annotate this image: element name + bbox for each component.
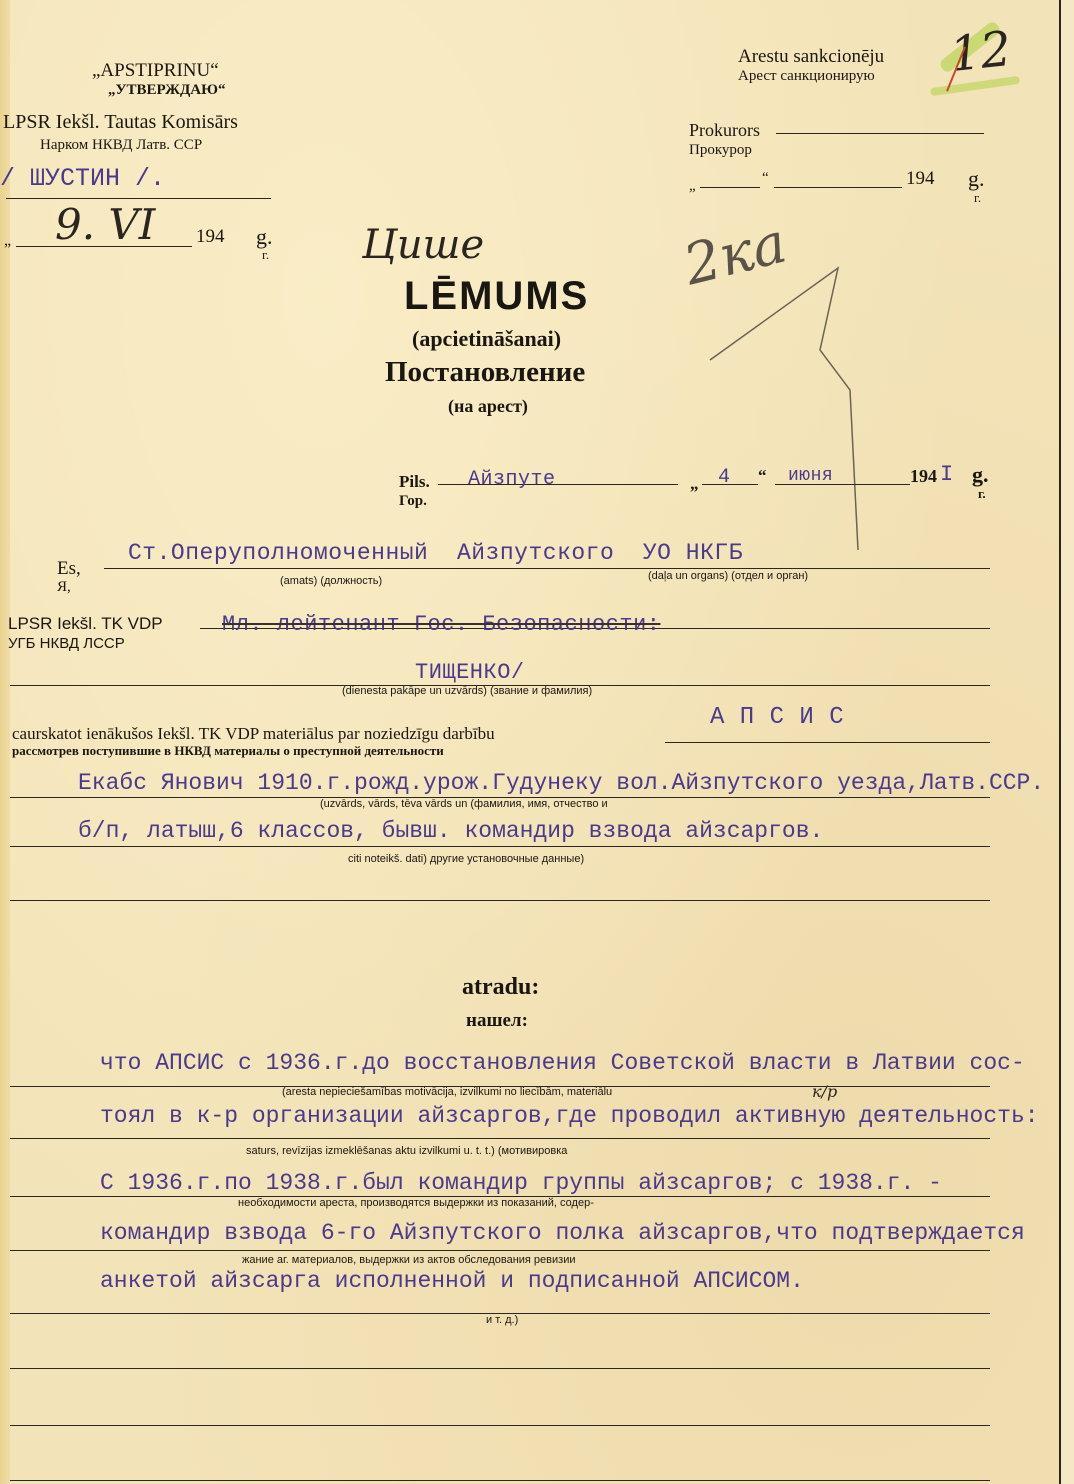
sanction-year-suffix-ru: г. (974, 190, 981, 206)
findings-title-ru: нашел: (466, 1010, 528, 1032)
findings-caption-5: и т. д.) (486, 1314, 518, 1326)
subject-caption1: (uzvārds, vārds, tēva vārds un (фамилия,… (320, 798, 608, 810)
findings-line-2: тоял в к-р организации айзсаргов,где про… (100, 1103, 1039, 1129)
month-value: июня (788, 466, 833, 486)
sanction-title-ru: Арест санкционирую (738, 68, 875, 85)
subject-surname: А П С И С (710, 704, 844, 731)
paper-right-strip (1061, 0, 1074, 1484)
page-number-handwritten: 12 (947, 21, 1014, 83)
approval-year-suffix-ru: г. (262, 247, 269, 263)
sanction-year-suffix-lv: g. (968, 166, 985, 192)
findings-line-4: командир взвода 6-го Айзпутского полка а… (100, 1220, 1025, 1246)
findings-line-3: С 1936.г.по 1938.г.был командир группы а… (100, 1170, 942, 1196)
subject-intro-ru: рассмотрев поступившие в НКВД материалы … (12, 743, 444, 759)
subject-surname-line (665, 742, 990, 743)
sanction-title-lv: Arestu sankcionēju (738, 46, 884, 68)
findings-line-1: что АПСИС с 1936.г.до восстановления Сов… (100, 1050, 1025, 1076)
heading-title-lv: LĒMUMS (404, 274, 589, 319)
findings-rule-2 (10, 1138, 990, 1139)
position-caption: (amats) (должность) (280, 575, 382, 587)
city-label-ru: Гор. (399, 493, 427, 510)
sanction-day-line (700, 187, 760, 188)
heading-subtitle-ru: (на арест) (448, 396, 528, 417)
findings-insertion: к/р (812, 1082, 837, 1101)
approval-title-lv: „APSTIPRINU“ (92, 60, 219, 82)
date-quote-open: „ (690, 474, 699, 494)
org-label-lv: LPSR Iekšl. TK VDP (8, 614, 163, 634)
paper-left-edge (0, 0, 10, 1484)
es-label-ru: Я, (57, 579, 71, 596)
approval-title-ru: „УТВЕРЖДАЮ“ (108, 82, 226, 99)
prosecutor-label-lv: Prokurors (689, 120, 760, 141)
subject-intro-lv: caurskatot ienākušos Iekšl. TK VDP mater… (12, 724, 495, 744)
subject-extra-rule (10, 900, 990, 901)
approval-signature-line (6, 198, 271, 199)
approval-date-handwritten: 9. VI (55, 200, 155, 249)
approval-role-lv: LPSR Iekšl. Tautas Komisārs (3, 111, 238, 134)
findings-title-lv: atradu: (462, 974, 539, 1001)
subject-line2: б/п, латыш,6 классов, бывш. командир взв… (78, 818, 823, 844)
date-quote-close: “ (758, 466, 767, 486)
findings-caption-4: жание аг. материалов, выдержки из актов … (242, 1254, 576, 1266)
surname-value: ТИЩЕНКО/ (415, 660, 525, 685)
city-value: Айзпуте (468, 468, 556, 491)
findings-caption-1: (aresta nepieciešamības motivācija, izvi… (282, 1086, 612, 1098)
year-prefix: 194 (910, 466, 937, 487)
findings-rule-6 (10, 1368, 990, 1369)
rank-value-struck: Мл. лейтенант Гос. Безопасности: (222, 612, 660, 637)
heading-subtitle-lv: (apcietināšanai) (412, 326, 561, 352)
day-value: 4 (718, 466, 731, 489)
findings-rule-8 (10, 1480, 990, 1481)
es-label-lv: Es, (57, 558, 81, 580)
org-label-ru: УГБ НКВД ЛССР (8, 635, 125, 652)
prosecutor-line (776, 133, 984, 134)
subject-caption2: citi noteikš. dati) другие установочные … (348, 853, 584, 865)
approval-date-quote: „ (4, 232, 11, 250)
prosecutor-label-ru: Прокурор (689, 142, 752, 159)
sanction-month-line (774, 187, 902, 188)
approval-year-prefix: 194 (196, 226, 225, 248)
heading-title-ru: Постановление (385, 356, 585, 389)
year-suffix-lv: g. (972, 462, 989, 488)
sanction-quote-close: “ (762, 170, 769, 187)
year-typed-digit: I (940, 462, 954, 487)
city-label-lv: Pils. (399, 472, 430, 492)
findings-caption-2: saturs, revīzijas izmeklēšanas aktu izvi… (246, 1145, 567, 1157)
sanction-quote-open: „ (689, 178, 696, 195)
year-suffix-ru: г. (978, 486, 986, 502)
subject-line1: Екабс Янович 1910.г.рожд.урож.Гудунеку в… (78, 770, 1044, 796)
findings-rule-7 (10, 1425, 990, 1426)
position-value: Ст.Оперуполномоченный Айзпутского УО НКГ… (128, 540, 743, 566)
rank-caption: (dienesta pakāpe un uzvārds) (звание и ф… (342, 685, 592, 697)
findings-rule-4 (10, 1250, 990, 1251)
subject-line2-rule (10, 846, 990, 847)
approval-signatory: / ШУСТИН /. (0, 164, 165, 193)
approval-role-ru: Нарком НКВД Латв. ССР (40, 137, 202, 154)
department-caption: (daļa un organs) (отдел и орган) (648, 570, 808, 582)
findings-line-5: анкетой айзсарга исполненной и подписанн… (100, 1268, 804, 1294)
findings-caption-3: необходимости ареста, производятся выдер… (238, 1197, 594, 1209)
position-line (104, 568, 990, 569)
sanction-year-prefix: 194 (906, 168, 935, 190)
handwritten-signature: Цише (362, 222, 484, 268)
